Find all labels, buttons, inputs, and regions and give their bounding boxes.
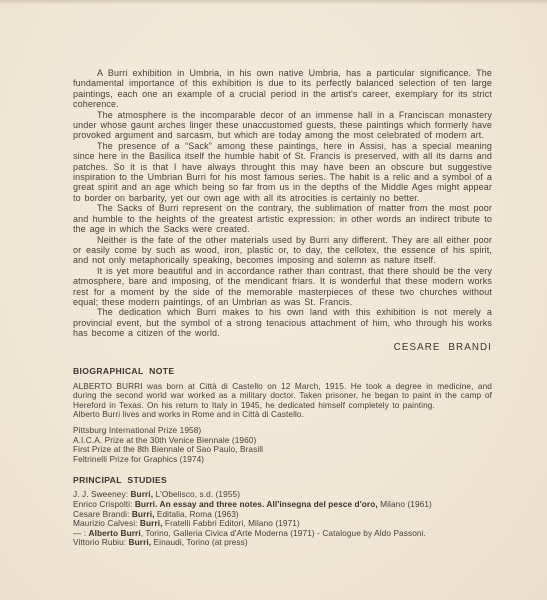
biography-text: ALBERTO BURRI was born at Città di Caste… bbox=[73, 382, 492, 411]
author-signature: CESARE BRANDI bbox=[73, 342, 492, 353]
study-author: — : bbox=[73, 528, 89, 538]
principal-studies-section: PRINCIPAL STUDIES J. J. Sweeney: Burri, … bbox=[73, 475, 492, 548]
biographical-note-heading: BIOGRAPHICAL NOTE bbox=[73, 366, 492, 376]
study-title: Burri. An essay and three notes. All'ins… bbox=[135, 499, 378, 509]
essay-paragraph: The atmosphere is the incomparable decor… bbox=[73, 110, 492, 141]
study-details: Editalia, Roma (1963) bbox=[154, 509, 238, 519]
study-title: Burri, bbox=[129, 537, 152, 547]
study-title: Burri, bbox=[140, 518, 163, 528]
study-author: Maurizio Calvesi: bbox=[73, 518, 140, 528]
scanned-document-page: A Burri exhibition in Umbria, in his own… bbox=[0, 0, 547, 600]
essay-paragraph: Neither is the fate of the other materia… bbox=[73, 235, 492, 266]
study-entry: Vittorio Rubiu: Burri, Einaudi, Torino (… bbox=[73, 538, 492, 548]
essay-paragraph: The presence of a “Sack” among these pai… bbox=[73, 141, 492, 203]
study-title: Burri, bbox=[130, 489, 153, 499]
study-list: J. J. Sweeney: Burri, L'Obelisco, s.d. (… bbox=[73, 490, 492, 548]
prize-list: Pittsburg International Prize 1958) A.I.… bbox=[73, 426, 492, 464]
biography-residence-line: Alberto Burri lives and works in Rome an… bbox=[73, 410, 492, 420]
study-author: Cesare Brandi: bbox=[73, 509, 132, 519]
study-details: Fratelli Fabbri Editori, Milano (1971) bbox=[163, 518, 300, 528]
study-details: Milano (1961) bbox=[378, 499, 432, 509]
essay-body: A Burri exhibition in Umbria, in his own… bbox=[73, 68, 492, 353]
study-title: Alberto Burri bbox=[89, 528, 141, 538]
study-title: Burri, bbox=[132, 509, 155, 519]
study-author: Enrico Crispolti: bbox=[73, 499, 135, 509]
biographical-note-section: BIOGRAPHICAL NOTE ALBERTO BURRI was born… bbox=[73, 366, 492, 465]
study-details: Einaudi, Torino (at press) bbox=[151, 537, 248, 547]
prize-item: Feltrinelli Prize for Graphics (1974) bbox=[73, 455, 492, 465]
essay-paragraph: A Burri exhibition in Umbria, in his own… bbox=[73, 68, 492, 110]
essay-paragraph: The dedication which Burri makes to his … bbox=[73, 307, 492, 338]
study-details: , Torino, Galleria Civica d'Arte Moderna… bbox=[141, 528, 426, 538]
study-author: J. J. Sweeney: bbox=[73, 489, 130, 499]
essay-paragraph: The Sacks of Burri represent on the cont… bbox=[73, 203, 492, 234]
principal-studies-heading: PRINCIPAL STUDIES bbox=[73, 475, 492, 485]
study-author: Vittorio Rubiu: bbox=[73, 537, 129, 547]
study-details: L'Obelisco, s.d. (1955) bbox=[153, 489, 240, 499]
essay-paragraph: It is yet more beautiful and in accordan… bbox=[73, 266, 492, 308]
